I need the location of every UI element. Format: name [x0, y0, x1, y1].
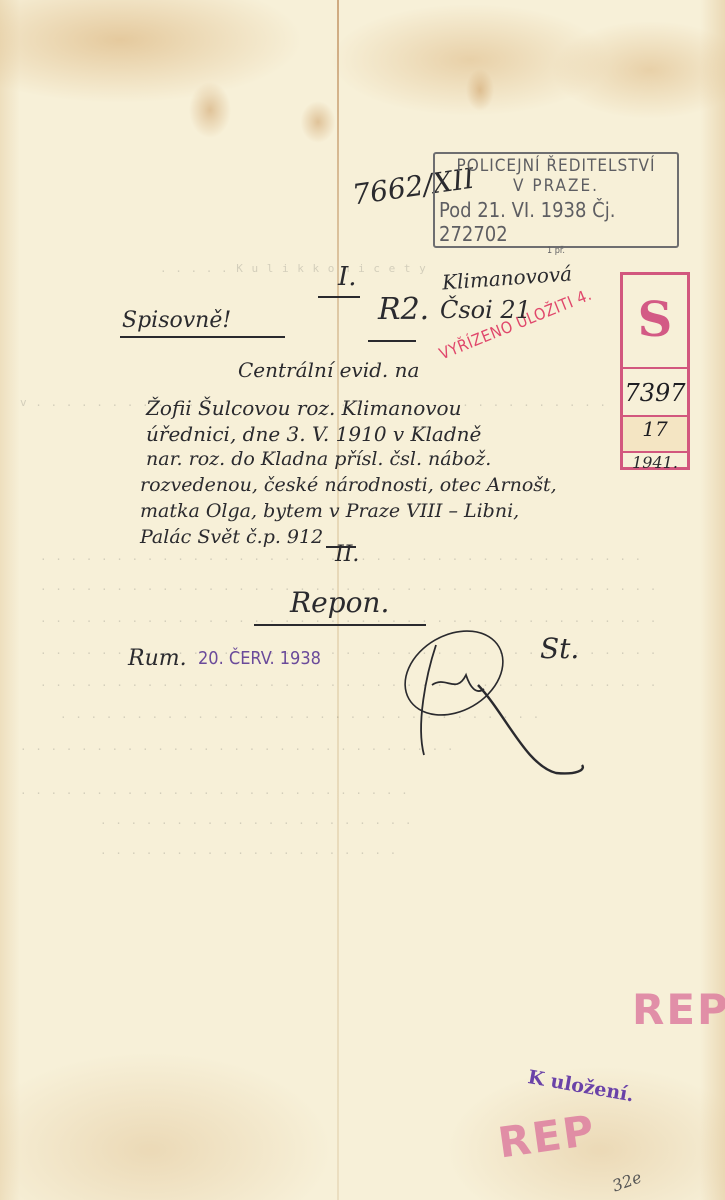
- heading-note: Spisovně!: [122, 308, 231, 333]
- bleed-through-text: . . . . . . . . . . . . . . . . . . . . …: [0, 740, 725, 753]
- bleed-through-text: . . . . . . . . . . . . . . . . . . . . …: [0, 644, 725, 657]
- bleed-through-text: . . . . . . . . . . . . . . . . . . . .: [0, 844, 725, 857]
- stamp-line-2: V PRAZE.: [435, 176, 677, 196]
- stamp-line-1: POLICEJNÍ ŘEDITELSTVÍ: [435, 156, 677, 176]
- top-right-note-line-2: Čsoi 21: [440, 296, 531, 324]
- body-line-1: Žofii Šulcovou roz. Klimanovou: [146, 396, 461, 420]
- bleed-through-text: . . . . . . . . . . . . . . . . . . . . …: [0, 708, 725, 721]
- body-line-4: rozvedenou, české národnosti, otec Arnoš…: [140, 474, 557, 496]
- divider: [368, 340, 416, 342]
- filing-middle: 17: [623, 417, 687, 453]
- filing-number: 7397: [623, 369, 687, 417]
- date-prefix: Rum.: [128, 646, 187, 671]
- bleed-through-text: . . . . . . . . . . . . . . . . . . . . …: [0, 814, 725, 827]
- filing-bottom: 1941.: [623, 453, 687, 467]
- body-line-6: Palác Svět č.p. 912: [140, 526, 323, 548]
- stamp-line-4: 1 př.: [435, 246, 677, 256]
- divider: [326, 546, 356, 548]
- body-line-5: matka Olga, bytem v Praze VIII – Libni,: [140, 500, 519, 522]
- divider: [120, 336, 285, 338]
- section-two-text: Repon.: [290, 586, 389, 619]
- divider: [318, 296, 360, 298]
- filing-letter: S: [623, 275, 687, 369]
- body-heading: Centrální evid. na: [238, 358, 419, 382]
- section-one-mark: R2.: [378, 292, 429, 327]
- bleed-through-text: . . . . . . . . . . . . . . . . . . . . …: [0, 550, 725, 563]
- body-line-2: úřednici, dne 3. V. 1910 v Kladně: [146, 422, 481, 446]
- rep-stamp-top: REP: [632, 985, 725, 1034]
- filing-box-stamp: S 7397 17 1941.: [620, 272, 690, 470]
- bleed-through-text: . . . . . K u l i k k o n i c e t y: [0, 262, 725, 275]
- bleed-through-text: . . . . . . . . . . . . . . . . . . . . …: [0, 784, 725, 797]
- section-one-label: I.: [338, 262, 357, 292]
- stamp-line-3: Pod 21. VI. 1938 Čj. 272702: [435, 198, 677, 246]
- body-line-3: nar. roz. do Kladna přísl. čsl. nábož.: [146, 448, 491, 470]
- signature-icon: [396, 615, 596, 785]
- bleed-through-text: . . . . . . . . . . . . . . . . . . . . …: [0, 676, 725, 689]
- date-stamp: 20. ČERV. 1938: [198, 648, 321, 669]
- police-directorate-stamp: POLICEJNÍ ŘEDITELSTVÍ V PRAZE. Pod 21. V…: [433, 152, 679, 248]
